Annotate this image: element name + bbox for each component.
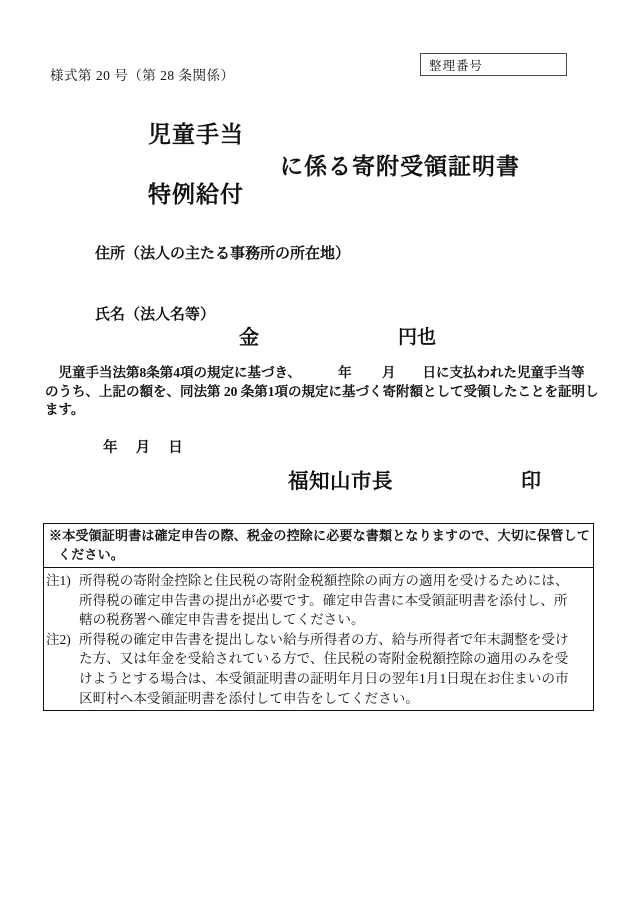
note-label: 注2) [46, 630, 79, 650]
statement-line: 児童手当法第8条第4項の規定に基づき、 年 月 日に支払われた児童手当等 [45, 364, 591, 383]
note-text: 所得税の寄附金控除と住民税の寄附金税額控除の両方の適用を受けるためには、所得税の… [79, 571, 579, 630]
seal-mark: 印 [521, 464, 541, 493]
title-option-bottom: 特例給付 [148, 176, 244, 209]
address-label: 住所（法人の主たる事務所の所在地） [95, 242, 350, 263]
note-item: 注2) 所得税の確定申告書を提出しない給与所得者の方、給与所得者で年末調整を受け… [46, 630, 593, 708]
amount-suffix: 円也 [398, 322, 436, 349]
reference-number-label: 整理番号 [429, 59, 483, 73]
statement-line: のうち、上記の額を、同法第 20 条第1項の規定に基づく寄附額として受領したこと… [45, 383, 591, 402]
reference-number-box: 整理番号 [420, 53, 567, 76]
note-text: 所得税の確定申告書を提出しない給与所得者の方、給与所得者で年末調整を受けた方、又… [79, 630, 579, 708]
notes-box: ※本受領証明書は確定申告の際、税金の控除に必要な書類となりますので、大切に保管し… [43, 523, 594, 711]
name-label: 氏名（法人名等） [95, 303, 215, 324]
notes-headline: ※本受領証明書は確定申告の際、税金の控除に必要な書類となりますので、大切に保管し… [44, 524, 593, 568]
title-suffix: に係る寄附受領証明書 [280, 148, 520, 181]
amount-prefix: 金 [239, 321, 259, 350]
certification-statement: 児童手当法第8条第4項の規定に基づき、 年 月 日に支払われた児童手当等 のうち… [45, 364, 591, 420]
issuer-name: 福知山市長 [288, 464, 393, 494]
form-number: 様式第 20 号（第 28 条関係） [50, 64, 235, 84]
document-page: { "header": { "form_number": "様式第 20 号（第… [0, 0, 630, 903]
note-item: 注1) 所得税の寄附金控除と住民税の寄附金税額控除の両方の適用を受けるためには、… [46, 571, 593, 630]
statement-line: ます。 [45, 401, 591, 420]
notes-list: 注1) 所得税の寄附金控除と住民税の寄附金税額控除の両方の適用を受けるためには、… [44, 568, 593, 712]
date-line: 年 月 日 [103, 436, 183, 457]
title-option-top: 児童手当 [148, 116, 244, 149]
note-label: 注1) [46, 571, 79, 591]
